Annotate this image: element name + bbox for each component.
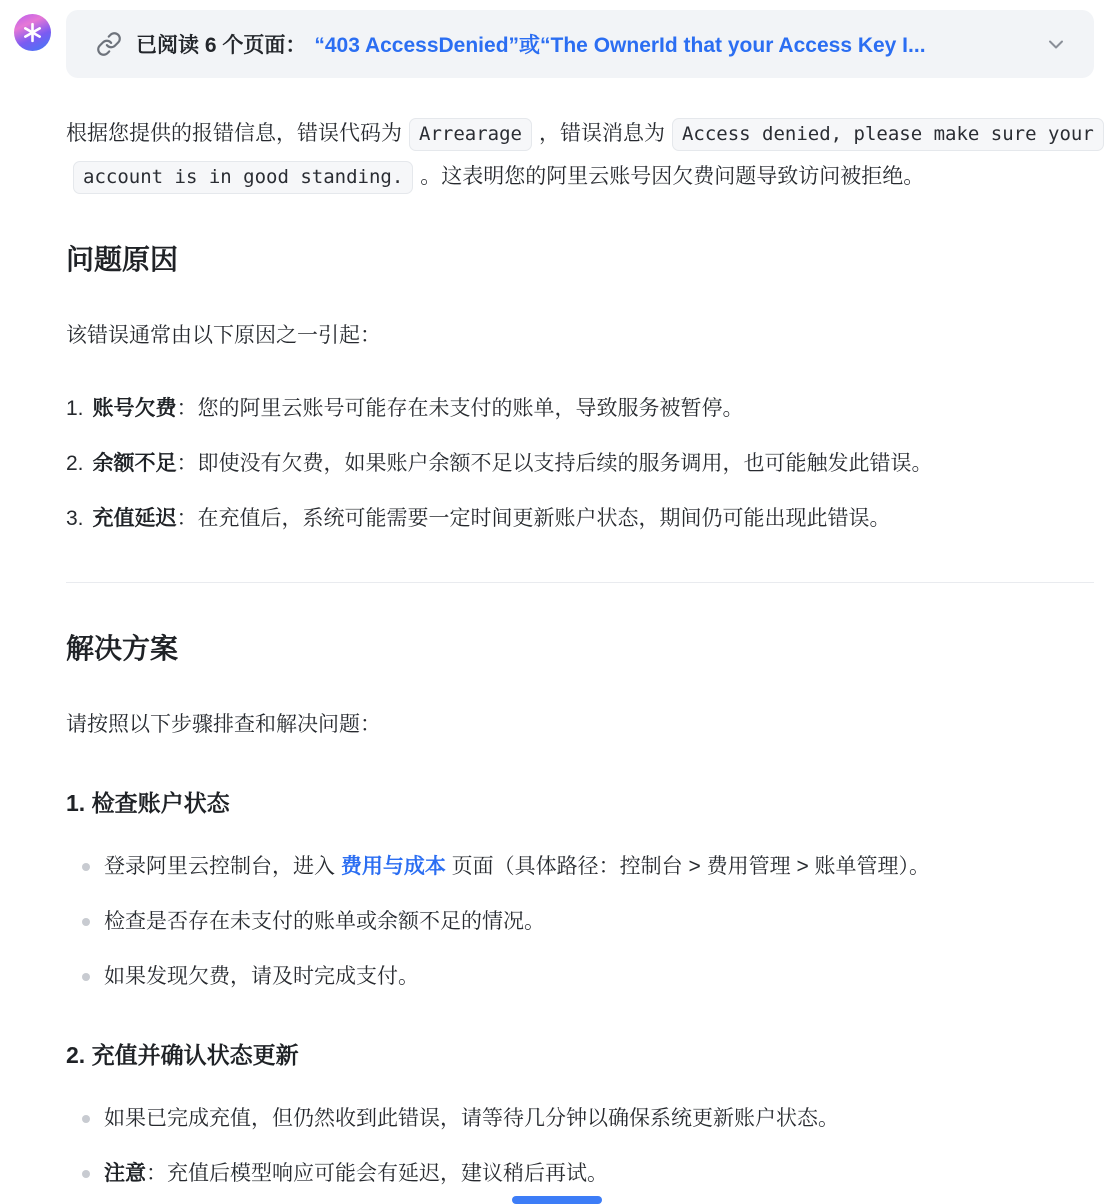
intro-paragraph: 根据您提供的报错信息，错误代码为Arrearage，错误消息为Access de… — [66, 112, 1094, 198]
list-text: ：充值后模型响应可能会有延迟，建议稍后再试。 — [146, 1162, 608, 1185]
list-number: 1. — [66, 387, 84, 430]
intro-text-2: ，错误消息为 — [539, 122, 665, 145]
list-item: 检查是否存在未支付的账单或余额不足的情况。 — [66, 900, 1094, 943]
solution-step1-list: 登录阿里云控制台，进入 费用与成本 页面（具体路径：控制台 > 费用管理 > 账… — [66, 845, 1094, 998]
list-item: 登录阿里云控制台，进入 费用与成本 页面（具体路径：控制台 > 费用管理 > 账… — [66, 845, 1094, 888]
list-term: 注意 — [104, 1162, 146, 1185]
list-number: 3. — [66, 497, 84, 540]
list-number: 2. — [66, 442, 84, 485]
list-term: 账号欠费 — [93, 397, 177, 420]
citation-link[interactable]: “403 AccessDenied”或“The OwnerId that you… — [314, 29, 1028, 59]
solution-lead: 请按照以下步骤排查和解决问题： — [66, 703, 1094, 746]
list-term: 充值延迟 — [93, 507, 177, 530]
solution-step2-list: 如果已完成充值，但仍然收到此错误，请等待几分钟以确保系统更新账户状态。 注意：充… — [66, 1097, 1094, 1195]
list-text: 登录阿里云控制台，进入 — [104, 855, 341, 878]
list-item: 2. 余额不足：即使没有欠费，如果账户余额不足以支持后续的服务调用，也可能触发此… — [66, 442, 1094, 485]
bullet-dot-icon — [82, 973, 90, 981]
problem-reason-list: 1. 账号欠费：您的阿里云账号可能存在未支付的账单，导致服务被暂停。 2. 余额… — [66, 387, 1094, 540]
solution-step1-heading: 1. 检查账户状态 — [66, 788, 1094, 819]
list-term: 余额不足 — [93, 452, 177, 475]
chat-response-view: 已阅读 6 个页面： “403 AccessDenied”或“The Owner… — [0, 0, 1108, 1204]
billing-console-link[interactable]: 费用与成本 — [341, 855, 446, 878]
section-divider — [66, 582, 1094, 583]
problem-lead: 该错误通常由以下原因之一引起： — [66, 314, 1094, 357]
bullet-dot-icon — [82, 1170, 90, 1178]
list-text: ：您的阿里云账号可能存在未支付的账单，导致服务被暂停。 — [177, 397, 744, 420]
bullet-dot-icon — [82, 863, 90, 871]
list-item: 3. 充值延迟：在充值后，系统可能需要一定时间更新账户状态，期间仍可能出现此错误… — [66, 497, 1094, 540]
assistant-message-body: 根据您提供的报错信息，错误代码为Arrearage，错误消息为Access de… — [66, 112, 1094, 1195]
list-text: 检查是否存在未支付的账单或余额不足的情况。 — [104, 900, 545, 943]
list-text: 如果发现欠费，请及时完成支付。 — [104, 955, 419, 998]
asterisk-icon — [22, 22, 43, 43]
citation-count-label: 已阅读 6 个页面： — [136, 29, 306, 59]
list-item: 如果发现欠费，请及时完成支付。 — [66, 955, 1094, 998]
list-text: ：即使没有欠费，如果账户余额不足以支持后续的服务调用，也可能触发此错误。 — [177, 452, 933, 475]
list-text: ：在充值后，系统可能需要一定时间更新账户状态，期间仍可能出现此错误。 — [177, 507, 891, 530]
inline-code-error-code: Arrearage — [409, 118, 532, 151]
intro-text-3: 。这表明您的阿里云账号因欠费问题导致访问被拒绝。 — [420, 165, 924, 188]
list-item: 如果已完成充值，但仍然收到此错误，请等待几分钟以确保系统更新账户状态。 — [66, 1097, 1094, 1140]
chevron-down-icon[interactable] — [1044, 32, 1068, 56]
streaming-indicator — [512, 1196, 602, 1204]
citation-bar[interactable]: 已阅读 6 个页面： “403 AccessDenied”或“The Owner… — [66, 10, 1094, 78]
assistant-avatar — [14, 14, 51, 51]
bullet-dot-icon — [82, 918, 90, 926]
link-icon — [96, 31, 122, 57]
list-item: 1. 账号欠费：您的阿里云账号可能存在未支付的账单，导致服务被暂停。 — [66, 387, 1094, 430]
intro-text-1: 根据您提供的报错信息，错误代码为 — [66, 122, 402, 145]
list-text: 页面（具体路径：控制台 > 费用管理 > 账单管理）。 — [446, 855, 930, 878]
section-heading-problem: 问题原因 — [66, 242, 1094, 278]
solution-step2-heading: 2. 充值并确认状态更新 — [66, 1040, 1094, 1071]
bullet-dot-icon — [82, 1115, 90, 1123]
list-text: 如果已完成充值，但仍然收到此错误，请等待几分钟以确保系统更新账户状态。 — [104, 1097, 839, 1140]
list-item: 注意：充值后模型响应可能会有延迟，建议稍后再试。 — [66, 1152, 1094, 1195]
section-heading-solution: 解决方案 — [66, 631, 1094, 667]
